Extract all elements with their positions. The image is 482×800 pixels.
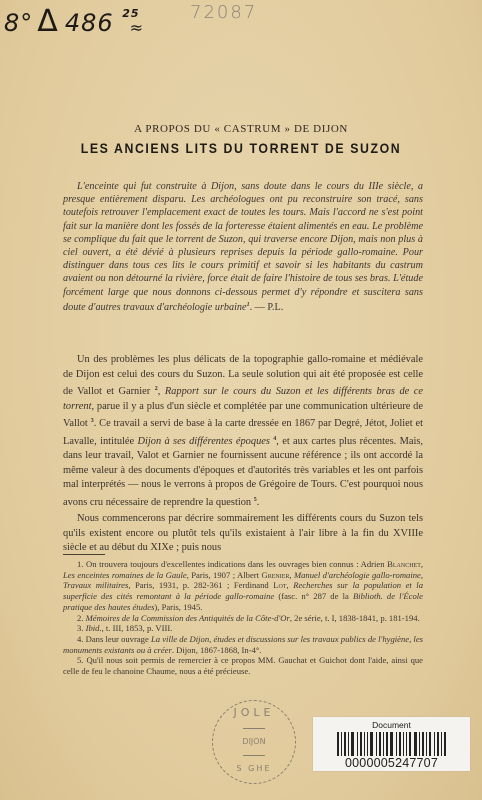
chapeau-text: L'enceinte qui fut construite à Dijon, s… xyxy=(63,181,423,313)
stamp-divider xyxy=(243,728,265,729)
stamp-top-text: JOLE xyxy=(213,706,295,719)
footnote-separator xyxy=(63,554,105,555)
barcode-icon xyxy=(337,732,447,756)
barcode-caption: Document xyxy=(313,720,470,730)
footnote-number: 5. xyxy=(77,655,83,665)
footnote-number: 4. xyxy=(77,634,83,644)
shelfmark-number: 486 xyxy=(65,9,114,37)
author-name: Lot xyxy=(273,580,286,590)
italic-title: Dijon à ses différentes époques xyxy=(137,436,269,447)
author-name: Grenier xyxy=(261,570,289,580)
text-run: . Dijon, 1867-1868, In-4°. xyxy=(172,645,262,655)
stamp-bottom-text: S GHE xyxy=(213,764,295,773)
text-run: Qu'il nous soit permis de remercier à ce… xyxy=(63,655,423,676)
stamp-middle-text: DIJON xyxy=(213,737,295,746)
footnote-3: 3. Ibid., t. III, 1853, p. VIII. xyxy=(63,623,423,634)
text-run: On trouvera toujours d'excellentes indic… xyxy=(86,559,385,569)
article-body: Un des problèmes les plus délicats de la… xyxy=(63,353,423,556)
footnote-number: 3. xyxy=(77,623,83,633)
text-run: , Paris, 1907 ; Albert xyxy=(187,570,259,580)
footnote-number: 1. xyxy=(77,559,83,569)
barcode-number: 0000005247707 xyxy=(313,756,470,770)
italic-title: Mémoires de la Commission des Antiquités… xyxy=(86,613,290,623)
body-paragraph: Un des problèmes les plus délicats de la… xyxy=(63,353,423,510)
stamp-divider xyxy=(243,755,265,756)
footnote-5: 5. Qu'il nous soit permis de remercier à… xyxy=(63,655,423,676)
pencil-inventory-number: 72087 xyxy=(190,2,257,23)
text-run: (fasc. n° 287 de la xyxy=(278,591,348,601)
footnote-number: 2. xyxy=(77,613,83,623)
text-run: Dans leur ouvrage xyxy=(86,634,149,644)
footnote-ref: 2 xyxy=(155,386,158,392)
footnote-2: 2. Mémoires de la Commission des Antiqui… xyxy=(63,613,423,624)
article-chapeau: L'enceinte qui fut construite à Dijon, s… xyxy=(63,180,423,314)
article-kicker: A PROPOS DU « CASTRUM » DE DIJON xyxy=(0,123,482,135)
article-title: LES ANCIENS LITS DU TORRENT DE SUZON xyxy=(29,140,453,156)
shelfmark: 8°Δ486 25≈ xyxy=(4,4,144,39)
footnotes: 1. On trouvera toujours d'excellentes in… xyxy=(63,559,423,677)
text-run: . xyxy=(257,497,260,508)
footnote-1: 1. On trouvera toujours d'excellentes in… xyxy=(63,559,423,613)
shelfmark-suffix: ≈ xyxy=(130,18,144,37)
italic-title: Les enceintes romaines de la Gaule xyxy=(63,570,187,580)
text-run: ), Paris, 1945. xyxy=(154,602,202,612)
chapeau-signature: . — P.L. xyxy=(250,302,284,313)
italic-title: Ibid. xyxy=(86,623,102,633)
text-run: , t. III, 1853, p. VIII. xyxy=(102,623,173,633)
barcode-label: Document 0000005247707 xyxy=(313,717,470,771)
author-name: Blanchet xyxy=(387,559,421,569)
shelfmark-delta-symbol: Δ xyxy=(37,4,59,39)
library-stamp: JOLE DIJON S GHE xyxy=(212,700,296,784)
footnote-4: 4. Dans leur ouvrage La ville de Dijon, … xyxy=(63,634,423,655)
shelfmark-prefix: 8° xyxy=(4,9,33,37)
body-paragraph: Nous commencerons par décrire sommaireme… xyxy=(63,512,423,556)
text-run: , Paris, 1931, p. 282-361 ; Ferdinand xyxy=(128,580,268,590)
text-run: , 2e série, t. I, 1838-1841, p. 181-194. xyxy=(290,613,420,623)
